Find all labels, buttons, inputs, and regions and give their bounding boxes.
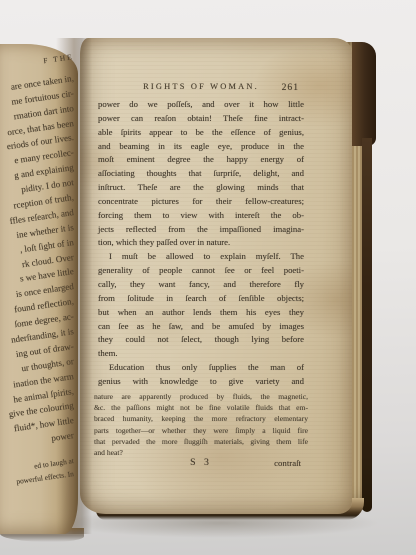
- footnote-line: &c. the paſſions might not be fine volat…: [94, 402, 308, 413]
- body-line: them.: [98, 347, 304, 361]
- body-line: concentrate pictures for their fellow-cr…: [98, 195, 304, 209]
- body-line: and beaming in its eagle eye, produce in…: [98, 140, 304, 154]
- footnote-line: that pervaded the more ſluggiſh material…: [94, 436, 308, 447]
- running-title: RIGHTS OF WOMAN.: [98, 82, 304, 91]
- footnote-line: parts together—or whether they were ſimp…: [94, 425, 308, 436]
- body-line: cally, they want fancy, and therefore fl…: [98, 278, 304, 292]
- body-line: from ſolitude in ſearch of ſenſible obje…: [98, 292, 304, 306]
- body-line: I muſt be allowed to explain myſelf. The: [98, 250, 304, 264]
- footnote-line: nature are apparently produced by fluids…: [94, 391, 308, 402]
- page-number: 261: [282, 82, 299, 93]
- body-line: power can reaſon obtain! Theſe fine intr…: [98, 112, 304, 126]
- body-line: power do we poſſeſs, and over it how lit…: [98, 98, 304, 112]
- catchword: contraſt: [274, 458, 301, 468]
- right-page: RIGHTS OF WOMAN. 261 power do we poſſeſs…: [80, 38, 352, 514]
- body-line: tion, which they paſſed over in nature.: [98, 236, 304, 250]
- body-line: forcing them to view with intereſt the o…: [98, 209, 304, 223]
- body-line: able ſpirits appear to be the eſſence of…: [98, 126, 304, 140]
- body-line: they could not ſelect, though lying befo…: [98, 333, 304, 347]
- signature-row: S 3 contraſt: [98, 457, 304, 471]
- body-text: power do we poſſeſs, and over it how lit…: [98, 98, 304, 389]
- body-line: aſſociating thoughts that ſurpriſe, deli…: [98, 167, 304, 181]
- left-page-text: F THE are once taken in, me fortuitous c…: [0, 52, 74, 481]
- book-photo: F THE are once taken in, me fortuitous c…: [0, 0, 416, 555]
- body-line: moſt eminent degree the happy energy of: [98, 153, 304, 167]
- leather-cover-strip: [362, 138, 372, 512]
- footnote-line: braced humanity, keeping the more refrac…: [94, 413, 308, 424]
- body-line: jects reflected from the impaſſioned ima…: [98, 223, 304, 237]
- body-line: can ſee as he ſaw, and be amuſed by imag…: [98, 320, 304, 334]
- body-line: generality of people cannot ſee or feel …: [98, 264, 304, 278]
- leather-cover-edge: [352, 42, 376, 146]
- left-page: F THE are once taken in, me fortuitous c…: [0, 44, 78, 534]
- footnote-text: nature are apparently produced by fluids…: [94, 391, 308, 458]
- body-line: genius with knowledge to give variety an…: [98, 375, 304, 389]
- body-line: inſtruct. Theſe are the glowing minds th…: [98, 181, 304, 195]
- signature-mark: S 3: [190, 457, 212, 468]
- running-header: RIGHTS OF WOMAN. 261: [98, 82, 304, 94]
- body-line: but when an author lends them his eyes t…: [98, 306, 304, 320]
- body-line: Education thus only ſupplies the man of: [98, 361, 304, 375]
